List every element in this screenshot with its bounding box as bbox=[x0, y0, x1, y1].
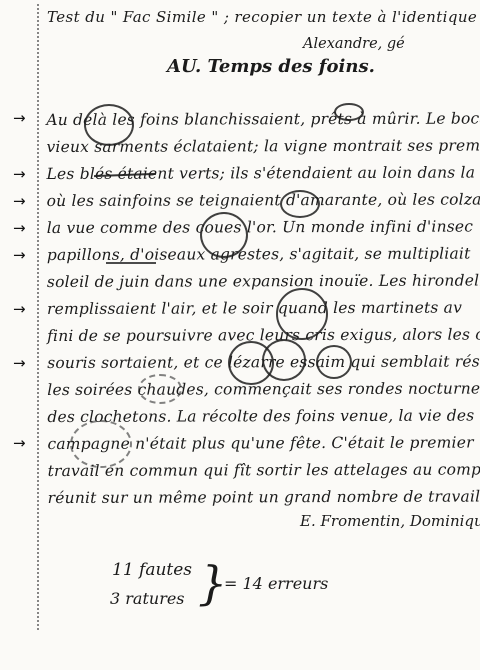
tally-total: = 14 erreurs bbox=[224, 574, 328, 593]
margin-arrow: → bbox=[13, 192, 26, 210]
margin-arrow: → bbox=[13, 165, 26, 183]
handwritten-line: soleil de juin dans une expansion inouïe… bbox=[47, 267, 480, 296]
correction-circle bbox=[280, 190, 320, 218]
handwritten-line: remplissaient l'air, et le soir quand le… bbox=[47, 294, 480, 323]
page-title: AU. Temps des foins. bbox=[167, 56, 375, 77]
test-instruction: Test du " Fac Simile " ; recopier un tex… bbox=[47, 8, 477, 26]
tally-faults: 11 fautes bbox=[112, 560, 192, 580]
correction-circle bbox=[70, 420, 132, 468]
correction-circle bbox=[316, 345, 352, 379]
handwritten-line: où les sainfoins se teignaient d'amarant… bbox=[47, 186, 480, 215]
handwritten-line: la vue comme des coues l'or. Un monde in… bbox=[47, 213, 480, 242]
correction-circle bbox=[262, 339, 306, 381]
margin-arrow: → bbox=[13, 434, 26, 452]
correction-circle bbox=[138, 374, 182, 404]
correction-circle bbox=[200, 212, 248, 258]
margin-arrow: → bbox=[13, 109, 26, 127]
margin-arrow: → bbox=[13, 246, 26, 264]
tally-erasures: 3 ratures bbox=[110, 589, 185, 608]
margin-arrow: → bbox=[13, 219, 26, 237]
correction-circle bbox=[276, 288, 328, 340]
underline-mark bbox=[106, 262, 156, 264]
scanned-handwriting-page: Test du " Fac Simile " ; recopier un tex… bbox=[0, 0, 480, 670]
handwritten-line: papillons, d'oiseaux agrestes, s'agitait… bbox=[47, 240, 480, 269]
margin-arrow: → bbox=[13, 354, 26, 372]
author-signature: E. Fromentin, Dominique bbox=[300, 512, 480, 530]
margin-arrow: → bbox=[13, 300, 26, 318]
correction-circle bbox=[334, 103, 364, 121]
left-margin-dotted-line bbox=[37, 4, 39, 630]
tally-brace: } bbox=[198, 552, 227, 614]
student-attribution: Alexandre, gé bbox=[303, 36, 405, 52]
correction-circle bbox=[84, 104, 134, 146]
handwritten-line: réunit sur un même point un grand nombre… bbox=[48, 483, 480, 512]
